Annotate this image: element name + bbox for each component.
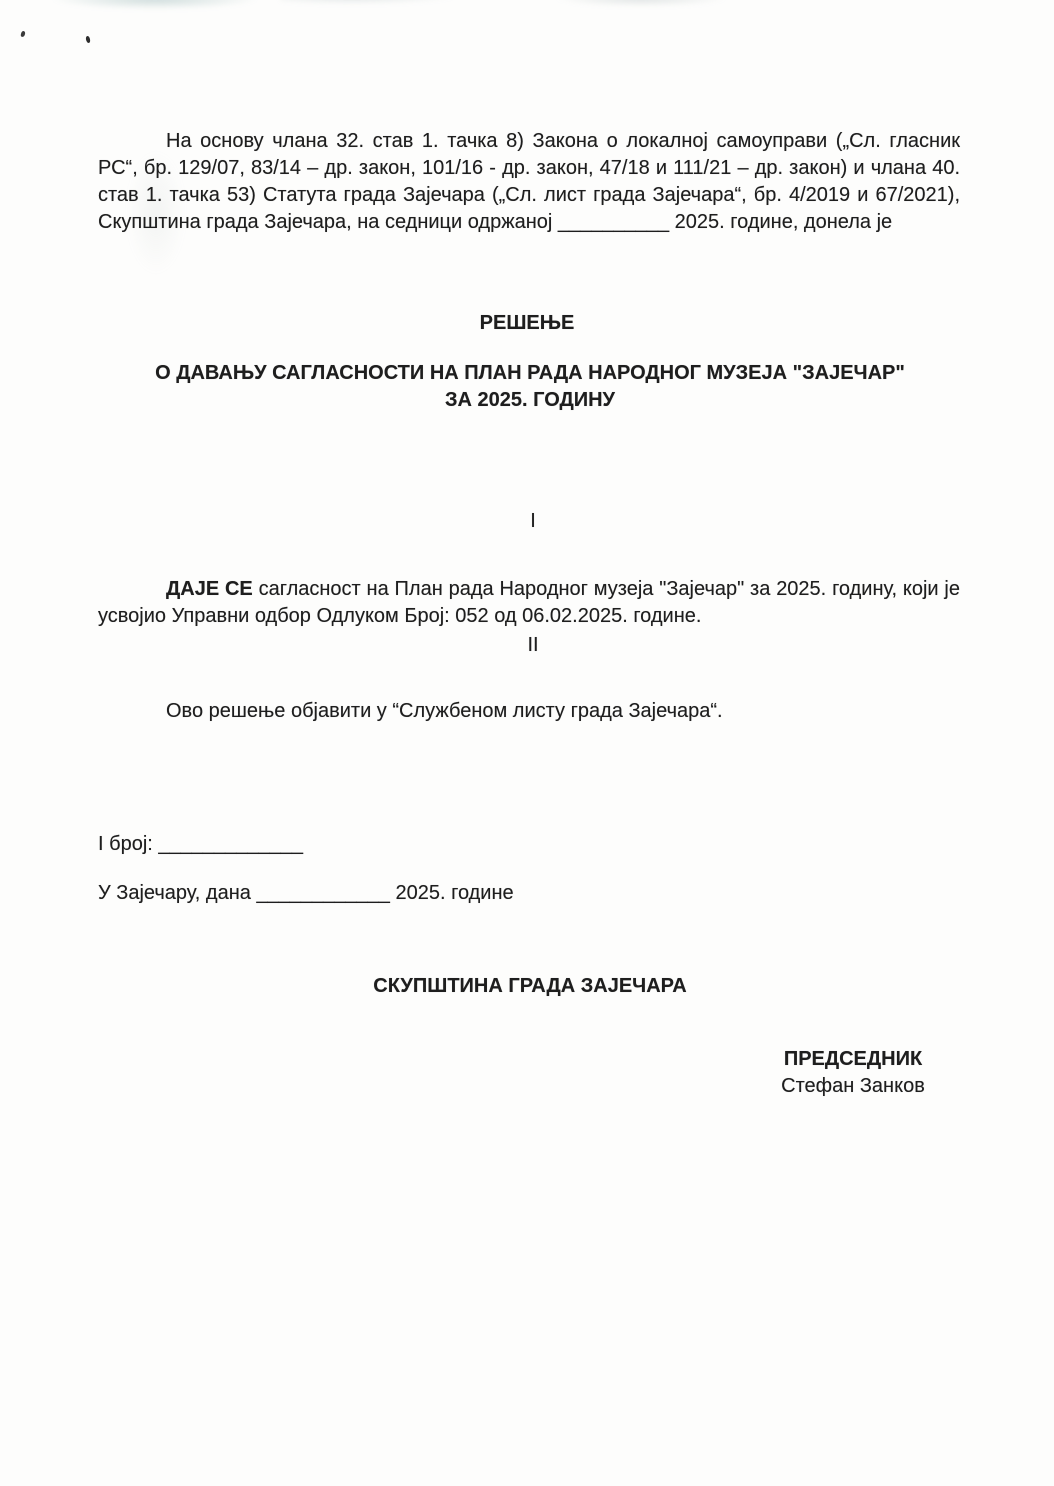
place-date-text: У Зајечару, дана bbox=[98, 882, 256, 904]
scan-smudge bbox=[50, 0, 260, 10]
place-date-line: У Зајечару, дана ____________ 2025. годи… bbox=[98, 880, 514, 907]
section-1-marker: I bbox=[0, 508, 1054, 535]
preamble-text-after-blank: 2025. године, донела је bbox=[669, 211, 892, 233]
preamble-paragraph: На основу члана 32. став 1. тачка 8) Зак… bbox=[98, 128, 960, 236]
place-date-year: 2025. године bbox=[390, 882, 514, 904]
document-subtitle-line-1: О ДАВАЊУ САГЛАСНОСТИ НА ПЛАН РАДА НАРОДН… bbox=[70, 360, 990, 387]
scanned-document-page: На основу члана 32. став 1. тачка 8) Зак… bbox=[0, 0, 1054, 1486]
section-2-marker: II bbox=[0, 632, 1054, 659]
place-date-blank: ____________ bbox=[256, 882, 389, 904]
president-title: ПРЕДСЕДНИК bbox=[772, 1046, 934, 1073]
scan-smudge bbox=[556, 0, 726, 7]
signature-block: ПРЕДСЕДНИК Стефан Занков bbox=[772, 1046, 934, 1100]
document-subtitle-line-2: ЗА 2025. ГОДИНУ bbox=[70, 387, 990, 414]
scan-speck bbox=[20, 31, 25, 38]
registry-number-blank: _____________ bbox=[158, 833, 303, 855]
section-1-lead: ДАЈЕ СЕ bbox=[166, 578, 253, 600]
registry-number-label: I број: bbox=[98, 833, 158, 855]
document-subtitle: О ДАВАЊУ САГЛАСНОСТИ НА ПЛАН РАДА НАРОДН… bbox=[70, 360, 990, 414]
president-name: Стефан Занков bbox=[772, 1073, 934, 1100]
assembly-name: СКУПШТИНА ГРАДА ЗАЈЕЧАРА bbox=[0, 973, 1054, 1000]
registry-number-line: I број: _____________ bbox=[98, 831, 303, 858]
section-1-paragraph: ДАЈЕ СЕ сагласност на План рада Народног… bbox=[98, 576, 960, 630]
date-fill-in-blank: __________ bbox=[558, 211, 669, 233]
section-2-paragraph: Ово решење објавити у “Службеном листу г… bbox=[98, 698, 960, 725]
scan-smudge bbox=[280, 0, 460, 5]
scan-speck bbox=[86, 36, 91, 43]
document-title: РЕШЕЊЕ bbox=[0, 310, 1054, 337]
